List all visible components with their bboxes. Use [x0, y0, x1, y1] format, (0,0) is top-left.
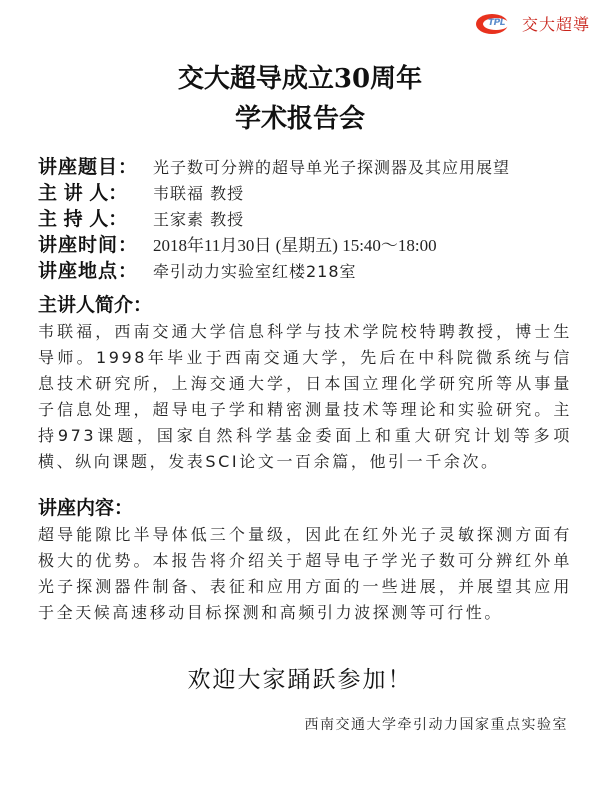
lecture-content-heading: 讲座内容： — [38, 496, 133, 520]
info-row-topic: 讲座题目： 光子数可分辨的超导单光子探测器及其应用展望 — [38, 154, 578, 180]
welcome-message: 欢迎大家踊跃参加！ — [0, 661, 600, 694]
speaker-bio-text: 韦联福，西南交通大学信息科学与技术学院校特聘教授，博士生导师。1998年毕业于西… — [38, 319, 572, 475]
info-value: 2018年11月30日 (星期五) 15:40～18:00 — [153, 233, 437, 259]
logo: TPL 交大超導 — [476, 12, 590, 35]
info-row-time: 讲座时间： 2018年11月30日 (星期五) 15:40～18:00 — [38, 232, 578, 258]
logo-brand-text: 交大超導 — [522, 12, 590, 35]
info-label: 讲座题目： — [38, 154, 153, 180]
info-row-host: 主 持 人： 王家素 教授 — [38, 206, 578, 232]
info-label: 讲座地点： — [38, 258, 153, 284]
info-label: 主 讲 人： — [38, 180, 153, 206]
speaker-bio-heading: 主讲人简介： — [38, 293, 152, 317]
page-title: 交大超导成立30周年 — [0, 63, 600, 95]
lecture-content-text: 超导能隙比半导体低三个量级，因此在红外光子灵敏探测方面有极大的优势。本报告将介绍… — [38, 522, 572, 626]
tpl-logo-icon: TPL — [476, 14, 516, 34]
lecture-info: 讲座题目： 光子数可分辨的超导单光子探测器及其应用展望 主 讲 人： 韦联福 教… — [38, 154, 578, 284]
page-subtitle: 学术报告会 — [0, 103, 600, 135]
info-value: 光子数可分辨的超导单光子探测器及其应用展望 — [153, 155, 510, 181]
info-value: 韦联福 教授 — [153, 181, 244, 207]
info-row-speaker: 主 讲 人： 韦联福 教授 — [38, 180, 578, 206]
info-label: 讲座时间： — [38, 232, 153, 258]
info-value: 王家素 教授 — [153, 207, 244, 233]
organizer: 西南交通大学牵引动力国家重点实验室 — [305, 714, 569, 734]
logo-mark-text: TPL — [488, 18, 505, 28]
info-label: 主 持 人： — [38, 206, 153, 232]
info-row-location: 讲座地点： 牵引动力实验室红楼218室 — [38, 258, 578, 284]
info-value: 牵引动力实验室红楼218室 — [153, 259, 357, 285]
